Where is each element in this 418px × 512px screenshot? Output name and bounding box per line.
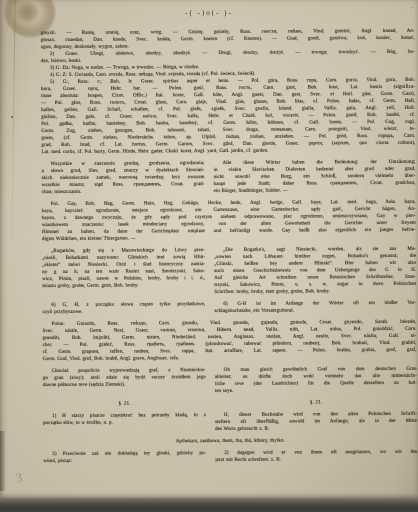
left-column: Chociaż pospolicie wyprowadzają graf, z … xyxy=(43,367,206,396)
text-block: 2) Przeciwnie zaś nie dokładają tey głos… xyxy=(43,449,417,465)
text-line: czyli przybyszowe. xyxy=(42,308,205,316)
ink-speck xyxy=(11,116,13,118)
text-line: ten seyn. xyxy=(215,387,417,395)
text-block: Polon. Gniazdo, Ross. гнѣздо, Carn. gnes… xyxy=(42,319,416,363)
scanned-book-page: 3 ~ -( -)o(- )- gmyśli. — Ranię, uranię,… xyxy=(0,0,418,512)
right-column: Ob man gleich gewöhnlich Graf von dem de… xyxy=(215,366,417,395)
text-block: gmyśli. — Ranię, uranię, uraz, wróg. — G… xyxy=(41,28,416,156)
text-block: §. 21.§. 21. xyxy=(43,399,417,408)
text-line: winni, pisząc: xyxy=(43,457,206,465)
text-line: digtes Wäldchen, ein kleiner Thiergarten… xyxy=(42,234,416,243)
left-column: „Bogatków, gdy się z Mazowieckiego do Li… xyxy=(42,247,205,297)
text-line: des Worts gebraucht z. B. xyxy=(215,425,417,433)
text-line: 6) G, H, z początku słowa często tylko p… xyxy=(42,301,205,309)
text-line: stellern oft überflüßig, sowohl im Anfan… xyxy=(215,418,417,426)
left-column: 1) H starzy pisarze częstokroć bez potrz… xyxy=(43,412,206,434)
text-line: jetzt mit Recht schreiben: z. B. xyxy=(215,456,417,464)
text-block: Apthekarz, zasthowa, them, tha, thá, kth… xyxy=(43,437,417,446)
text-block: 6) G, H, z początku słowa często tylko p… xyxy=(42,300,416,316)
page-header-ornament: -( -)o(- )- xyxy=(0,9,418,17)
text-line: 6) G-H ist im Anfange der Wörter oft ein… xyxy=(214,300,416,308)
left-column: 2) Przeciwnie zaś nie dokładają tey głos… xyxy=(43,450,206,465)
right-column: Alle diese Wörter haben die Bedeutung: d… xyxy=(213,159,415,195)
text-line: Apthekarz, zasthowa, them, tha, thá, kth… xyxy=(43,437,417,446)
left-column: 6) G, H, z początku słowa często tylko p… xyxy=(42,301,205,316)
text-line: Lat. med. curtis, cf. Pol. hurty, Germ. … xyxy=(41,147,415,156)
text-line: 2) dagegen wird er von ihnen oft ausgela… xyxy=(215,449,417,457)
text-line: początku słów, to w środku, n. p. xyxy=(43,419,206,427)
page-text-body: gmyśli. — Ranię, uranię, uraz, wróg. — G… xyxy=(41,28,418,465)
right-column: 6) G-H ist im Anfange der Wörter oft ein… xyxy=(214,300,416,315)
text-block: Wszystkie w znaczeniu grodzę, grodzenia,… xyxy=(41,159,415,196)
right-column: H, dieser Buchstabe wird von den alten P… xyxy=(215,411,417,433)
pencil-mark: 3 xyxy=(14,469,25,486)
scan-background-band xyxy=(0,498,418,512)
text-block: 1) H starzy pisarze częstokroć bez potrz… xyxy=(43,411,417,434)
text-block: „Bogatków, gdy się z Mazowieckiego do Li… xyxy=(42,246,416,297)
left-column: §. 21. xyxy=(43,400,206,408)
text-line: §. 21. xyxy=(43,400,206,408)
text-block: Chociaż pospolicie wyprowadzają graf, z … xyxy=(43,366,417,396)
text-line: 2) Przeciwnie zaś nie dokładają tey głos… xyxy=(43,450,206,458)
text-line: dawne północne reve (sędzia Ziemski). xyxy=(43,381,206,389)
text-line: Schriften: hroby, hruby, statt groby, gr… xyxy=(214,288,416,296)
left-column: Wszystkie w znaczeniu grodzę, grodzenia,… xyxy=(41,160,204,196)
right-column: §. 21. xyxy=(215,399,417,407)
text-line: ein Bürger, Stadtbürger, Städter. — xyxy=(214,187,416,195)
right-column: „Die Bogatko's, sagt Niesiecki, wurden, … xyxy=(214,246,416,296)
text-line: haupt jede Stadt; daher Russ. гражданинъ… xyxy=(214,180,416,188)
text-line: miasto groby, grube, Germ. grob, Boh. hr… xyxy=(42,282,205,290)
text-line: 1) H starzy pisarze częstokroć bez potrz… xyxy=(43,412,206,420)
binding-crease xyxy=(11,0,15,240)
text-line: §. 21. xyxy=(215,399,417,407)
text-line: liche reve (der Landrichter) für die Que… xyxy=(215,380,417,388)
text-block: Pol. Gay, Boh. Hag, Germ. Hain, Hag, Geh… xyxy=(42,199,416,243)
text-line: wszelkie miasto; stąd Ross. гражданинъ, … xyxy=(42,181,205,189)
text-line: chan; mieszczanin. xyxy=(42,188,205,196)
page-paper: 3 ~ -( -)o(- )- gmyśli. — Ranię, uranię,… xyxy=(0,0,418,499)
text-line: Germ. Graf, Vind. grof, Boh. hrabě, Angl… xyxy=(43,354,417,363)
page-edge-shadow xyxy=(0,431,6,491)
text-line: schlagsbuchstabe, ein Vorsatzguttural. xyxy=(214,307,416,315)
right-column: 2) dagegen wird er von ihnen oft ausgela… xyxy=(215,449,417,464)
